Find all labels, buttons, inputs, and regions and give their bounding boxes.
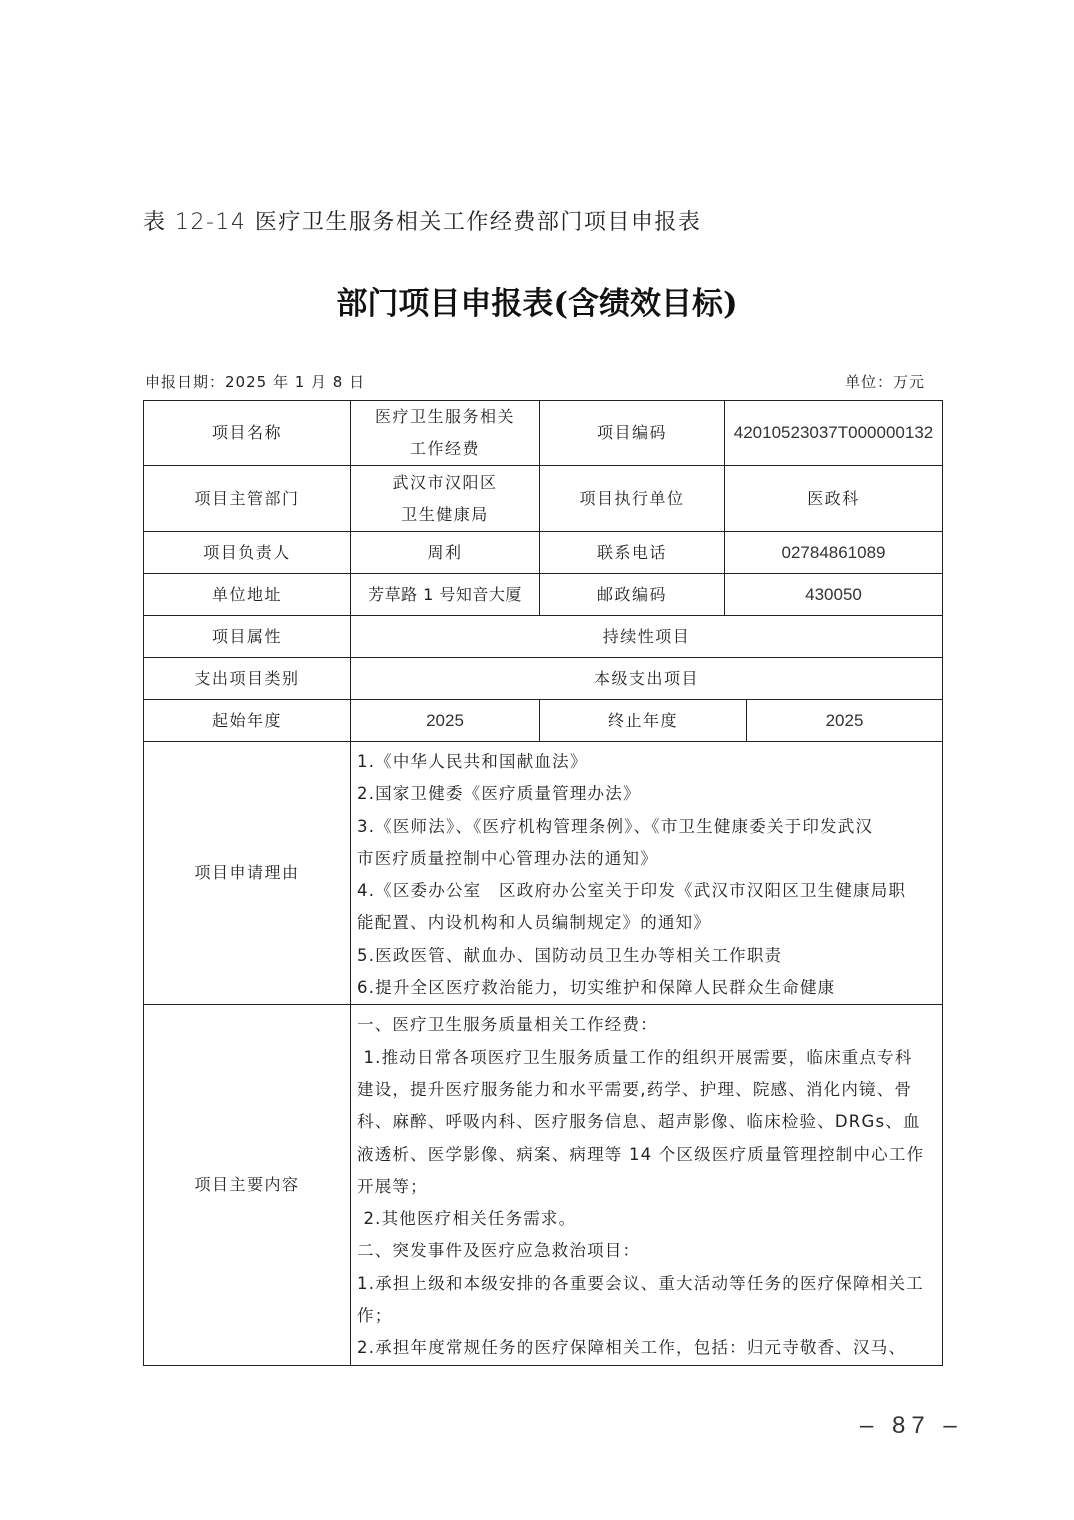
end-year-value: 2025 — [747, 700, 943, 742]
project-code-label: 项目编码 — [540, 401, 725, 466]
content-line: 液透析、医学影像、病案、病理等 14 个区级医疗质量管理控制中心工作 — [357, 1139, 936, 1171]
reason-line: 能配置、内设机构和人员编制规定》的通知》 — [357, 907, 936, 939]
project-name-line2: 工作经费 — [355, 433, 535, 465]
supervisor-label: 项目主管部门 — [144, 466, 351, 532]
project-name-value: 医疗卫生服务相关 工作经费 — [351, 401, 540, 466]
category-label: 支出项目类别 — [144, 658, 351, 700]
reason-label: 项目申请理由 — [144, 742, 351, 1005]
start-year-label: 起始年度 — [144, 700, 351, 742]
table-row: 支出项目类别 本级支出项目 — [144, 658, 943, 700]
content-line: 开展等； — [357, 1171, 936, 1203]
table-row: 单位地址 芳草路 1 号知音大厦 邮政编码 430050 — [144, 574, 943, 616]
address-value: 芳草路 1 号知音大厦 — [351, 574, 540, 616]
project-name-line1: 医疗卫生服务相关 — [355, 401, 535, 433]
content-line: 建设，提升医疗服务能力和水平需要,药学、护理、院感、消化内镜、骨 — [357, 1074, 936, 1106]
executor-label: 项目执行单位 — [540, 466, 725, 532]
table-caption: 表 12-14 医疗卫生服务相关工作经费部门项目申报表 — [143, 205, 701, 236]
reason-line: 6.提升全区医疗救治能力，切实维护和保障人民群众生命健康 — [357, 972, 936, 1004]
content-line: 一、医疗卫生服务质量相关工作经费： — [357, 1009, 936, 1041]
table-row: 项目负责人 周利 联系电话 02784861089 — [144, 532, 943, 574]
reason-line: 市医疗质量控制中心管理办法的通知》 — [357, 843, 936, 875]
project-form-table: 项目名称 医疗卫生服务相关 工作经费 项目编码 42010523037T0000… — [143, 400, 943, 1366]
category-value: 本级支出项目 — [351, 658, 943, 700]
manager-value: 周利 — [351, 532, 540, 574]
reason-line: 4.《区委办公室 区政府办公室关于印发《武汉市汉阳区卫生健康局职 — [357, 875, 936, 907]
page-number: – 87 – — [860, 1412, 963, 1440]
executor-value: 医政科 — [725, 466, 943, 532]
reason-line: 2.国家卫健委《医疗质量管理办法》 — [357, 778, 936, 810]
table-row: 项目主要内容 一、医疗卫生服务质量相关工作经费： 1.推动日常各项医疗卫生服务质… — [144, 1005, 943, 1365]
content-line: 作； — [357, 1300, 936, 1332]
project-name-label: 项目名称 — [144, 401, 351, 466]
reason-line: 1.《中华人民共和国献血法》 — [357, 746, 936, 778]
supervisor-line2: 卫生健康局 — [355, 499, 535, 531]
content-line: 2.其他医疗相关任务需求。 — [357, 1203, 936, 1235]
page-title: 部门项目申报表(含绩效目标) — [0, 278, 1074, 323]
table-row: 项目申请理由 1.《中华人民共和国献血法》 2.国家卫健委《医疗质量管理办法》 … — [144, 742, 943, 1005]
manager-label: 项目负责人 — [144, 532, 351, 574]
content-line: 二、突发事件及医疗应急救治项目： — [357, 1235, 936, 1267]
postcode-value: 430050 — [725, 574, 943, 616]
postcode-label: 邮政编码 — [540, 574, 725, 616]
reason-line: 5.医政医管、献血办、国防动员卫生办等相关工作职责 — [357, 940, 936, 972]
content-value: 一、医疗卫生服务质量相关工作经费： 1.推动日常各项医疗卫生服务质量工作的组织开… — [351, 1005, 943, 1365]
content-line: 2.承担年度常规任务的医疗保障相关工作，包括：归元寺敬香、汉马、 — [357, 1332, 936, 1364]
report-date: 申报日期：2025 年 1 月 8 日 — [145, 371, 365, 392]
reason-value: 1.《中华人民共和国献血法》 2.国家卫健委《医疗质量管理办法》 3.《医师法》… — [351, 742, 943, 1005]
unit-label: 单位：万元 — [845, 371, 925, 392]
start-year-value: 2025 — [351, 700, 540, 742]
table-row: 项目名称 医疗卫生服务相关 工作经费 项目编码 42010523037T0000… — [144, 401, 943, 466]
attribute-label: 项目属性 — [144, 616, 351, 658]
content-line: 1.推动日常各项医疗卫生服务质量工作的组织开展需要，临床重点专科 — [357, 1042, 936, 1074]
content-line: 科、麻醉、呼吸内科、医疗服务信息、超声影像、临床检验、DRGs、血 — [357, 1106, 936, 1138]
meta-row: 申报日期：2025 年 1 月 8 日 单位：万元 — [145, 371, 925, 392]
table-row: 项目属性 持续性项目 — [144, 616, 943, 658]
content-label: 项目主要内容 — [144, 1005, 351, 1365]
reason-line: 3.《医师法》、《医疗机构管理条例》、《市卫生健康委关于印发武汉 — [357, 811, 936, 843]
supervisor-line1: 武汉市汉阳区 — [355, 467, 535, 499]
address-label: 单位地址 — [144, 574, 351, 616]
phone-value: 02784861089 — [725, 532, 943, 574]
content-line: 1.承担上级和本级安排的各重要会议、重大活动等任务的医疗保障相关工 — [357, 1268, 936, 1300]
project-code-value: 42010523037T000000132 — [725, 401, 943, 466]
phone-label: 联系电话 — [540, 532, 725, 574]
supervisor-value: 武汉市汉阳区 卫生健康局 — [351, 466, 540, 532]
attribute-value: 持续性项目 — [351, 616, 943, 658]
table-row: 起始年度 2025 终止年度 2025 — [144, 700, 943, 742]
end-year-label: 终止年度 — [540, 700, 747, 742]
table-row: 项目主管部门 武汉市汉阳区 卫生健康局 项目执行单位 医政科 — [144, 466, 943, 532]
